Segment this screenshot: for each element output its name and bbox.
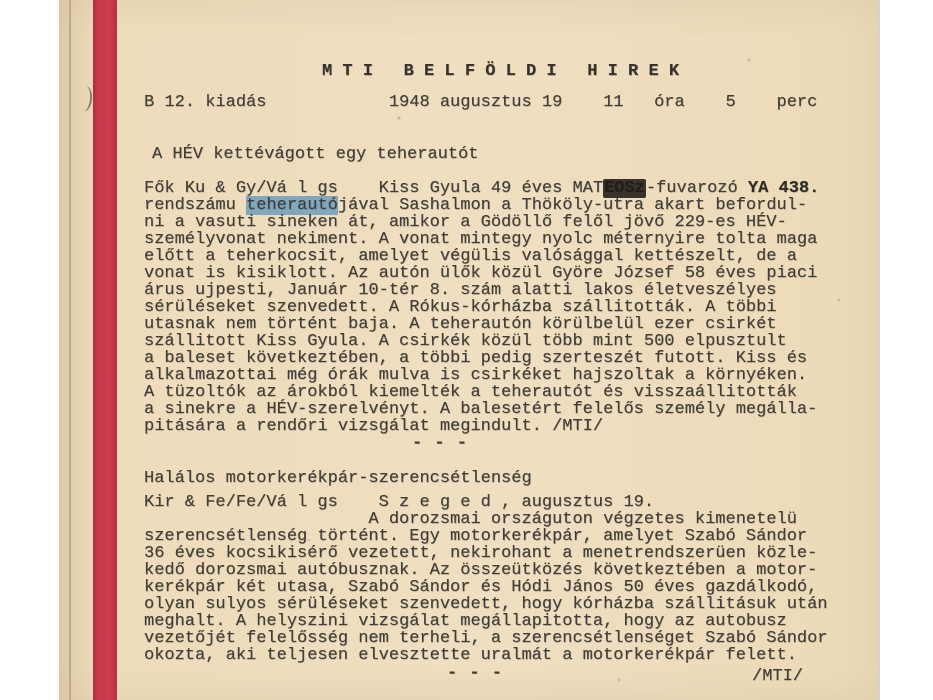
text-line: előtt a teherkocsit, amelyet végülis val… [144,248,859,265]
edition-date-line: B 12. kiadás 1948 augusztus 19 11 óra 5 … [144,94,859,111]
section-separator: - - - [447,665,503,682]
document-content: M T I B E L F Ö L D I H I R E K B 12. ki… [144,0,859,683]
text-line: vezetőjét felelősség nem terheli, a szer… [144,630,859,647]
text-line: okozta, aki teljesen elvesztette uralmát… [144,647,859,664]
text-line: ni a vasuti sineken át, amikor a Gödöllő… [144,214,859,231]
text-line: vonat is kisiklott. Az autón ülők közül … [144,265,859,282]
text-line: szerencsétlenség történt. Egy motorkerék… [144,528,859,545]
text-line: 36 éves kocsikisérő vezetett, nekirohant… [144,545,859,562]
text-line: kedő dorozsmai autóbusznak. Az összeütkö… [144,562,859,579]
section-separator: - - - [412,435,859,452]
text-line: meghalt. A helyszini vizsgálat megállapi… [144,613,859,630]
text-line: sérüléseket szenvedett. A Rókus-kórházba… [144,299,859,316]
scanned-page-background: M T I B E L F Ö L D I H I R E K B 12. ki… [0,0,933,700]
text-line: utasnak nem történt baja. A teherautón k… [144,316,859,333]
text-line: szállitott Kiss Gyula. A csirkék közül t… [144,333,859,350]
bulletin-title: M T I B E L F Ö L D I H I R E K [322,63,859,80]
text-line: személyvonat nekiment. A vonat mintegy n… [144,231,859,248]
article-1-title: A HÉV kettévágott egy teherautót [152,146,859,163]
text-line: A dorozsmai országuton végzetes kimenete… [144,511,859,528]
text-line: árus ujpesti, Január 10-tér 8. szám alat… [144,282,859,299]
article-1-body: Fők Ku & Gy/Vá l gs Kiss Gyula 49 éves M… [144,180,859,435]
article-2-kicker-line: Kir & Fe/Fe/Vá l gs S z e g e d , augusz… [144,494,859,511]
article-1-kicker-line: Fők Ku & Gy/Vá l gs Kiss Gyula 49 éves M… [144,180,859,197]
pen-mark [80,85,94,112]
text-line: alkalmazottai még órák mulva is csirkéke… [144,367,859,384]
typewritten-page: M T I B E L F Ö L D I H I R E K B 12. ki… [59,0,880,700]
paper-edge-line [69,0,71,700]
text-line-with-mti: pitására a rendőri vizsgálat megindult. … [144,418,859,435]
text-line: kerékpár két utasa, Szabó Sándor és Hódi… [144,579,859,596]
text-line: a sinekre a HÉV-szerelvényt. A balesetér… [144,401,859,418]
mti-sign-off: /MTI/ [752,668,803,685]
text-line: A tüzoltók az árokból kiemelték a tehera… [144,384,859,401]
article-2-title: Halálos motorkerékpár-szerencsétlenség [144,470,859,487]
red-margin-stripe [93,0,117,700]
article-2-body: Kir & Fe/Fe/Vá l gs S z e g e d , augusz… [144,494,859,664]
closing-row: - - - /MTI/ [144,665,859,683]
text-line: a baleset következtében, a többi pedig s… [144,350,859,367]
text-line: rendszámu teherautójával Sashalmon a Thö… [144,197,859,214]
text-line: olyan sulyos sérüléseket szenvedett, hog… [144,596,859,613]
